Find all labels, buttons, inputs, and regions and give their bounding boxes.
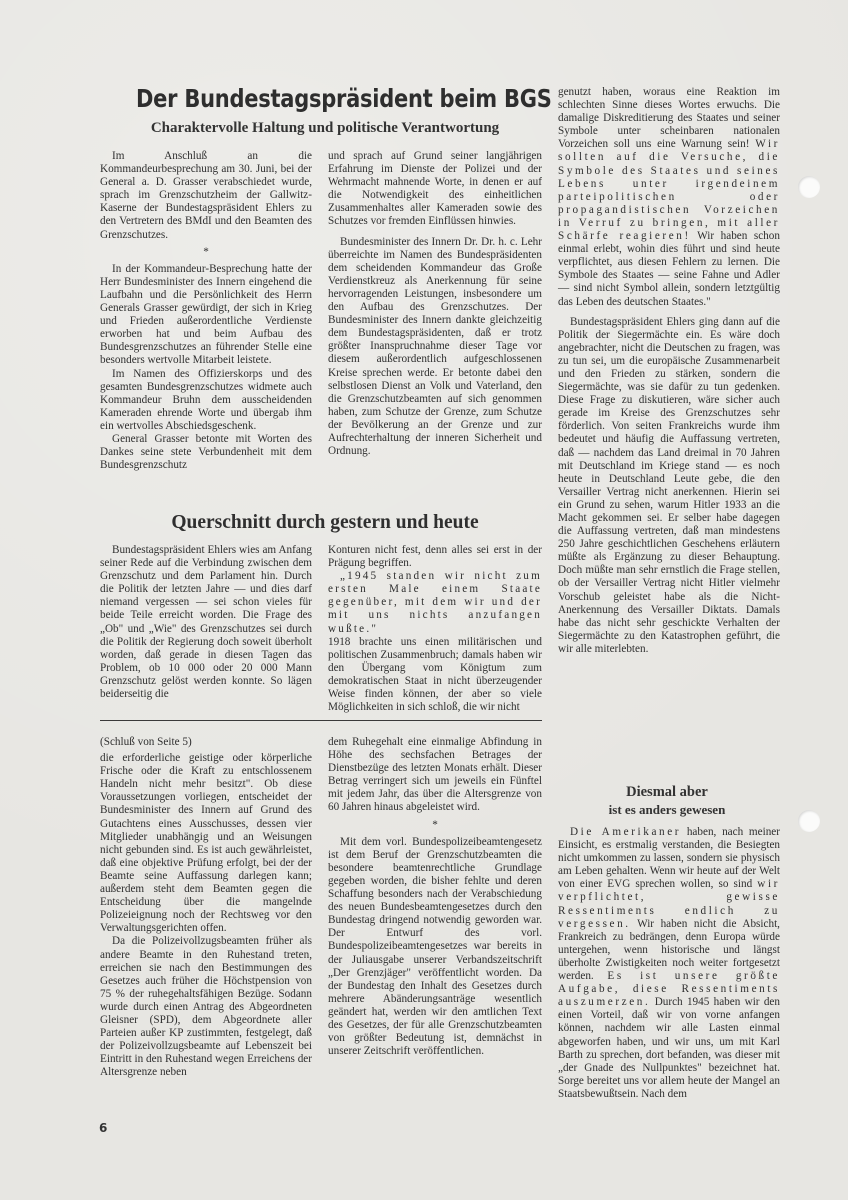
paragraph: dem Ruhegehalt eine einmalige Abfindung …: [328, 736, 542, 815]
article-title: Der Bundestagspräsident beim BGS: [136, 84, 514, 113]
paragraph: die erforderliche geistige oder körperli…: [100, 752, 312, 935]
paragraph: General Grasser betonte mit Worten des D…: [100, 433, 312, 472]
continuation-label: (Schluß von Seite 5): [100, 736, 312, 749]
paragraph: Mit dem vorl. Bundespolizeibeamtengesetz…: [328, 836, 542, 1059]
punch-hole: [798, 176, 820, 198]
paragraph: und sprach auf Grund seiner langjährigen…: [328, 150, 542, 229]
paragraph: Bundestagspräsident Ehlers ging dann auf…: [558, 316, 780, 656]
article2-column-2: Konturen nicht fest, denn alles sei erst…: [328, 544, 542, 714]
text: Durch 1945 haben wir den einen Vorteil, …: [558, 996, 780, 1100]
punch-hole: [798, 810, 820, 832]
right-column-continued: Die Amerikaner haben, nach meiner Einsic…: [558, 826, 780, 1101]
divider-rule: [100, 720, 542, 721]
paragraph: Da die Polizeivollzugsbeamten früher als…: [100, 935, 312, 1079]
separator-star: *: [100, 246, 312, 259]
paragraph: Im Namen des Offizierskorps und des gesa…: [100, 368, 312, 433]
article2-column-1: Bundestagspräsident Ehlers wies am Anfan…: [100, 544, 312, 701]
right-column: genutzt haben, woraus eine Reaktion im s…: [558, 86, 780, 656]
continuation-column-2: dem Ruhegehalt eine einmalige Abfindung …: [328, 736, 542, 1058]
subheading-line-2: ist es anders gewesen: [552, 802, 782, 818]
paragraph: Bundesminister des Innern Dr. Dr. h. c. …: [328, 236, 542, 459]
page-number: 6: [99, 1121, 107, 1135]
paragraph: 1918 brachte uns einen militärischen und…: [328, 636, 542, 715]
paragraph: Konturen nicht fest, denn alles sei erst…: [328, 544, 542, 570]
article-subtitle: Charaktervolle Haltung und politische Ve…: [100, 120, 550, 137]
emphasized-text: Wir sollten auf die Versuche, die Symbol…: [558, 138, 780, 242]
subheading-line-1: Diesmal aber: [552, 784, 782, 801]
text: genutzt haben, woraus eine Reaktion im s…: [558, 86, 780, 150]
article1-column-2: und sprach auf Grund seiner langjährigen…: [328, 150, 542, 458]
quote: „1945 standen wir nicht zum ersten Male …: [328, 570, 542, 635]
emphasized-text: Die Amerikaner: [570, 826, 681, 838]
continuation-column-1: (Schluß von Seite 5) die erforderliche g…: [100, 736, 312, 1079]
article1-column-1: Im Anschluß an die Kommandeurbesprechung…: [100, 150, 312, 472]
separator-star: *: [328, 819, 542, 832]
paragraph: In der Kommandeur-Besprechung hatte der …: [100, 263, 312, 368]
section-title: Querschnitt durch gestern und heute: [100, 512, 550, 534]
paragraph: genutzt haben, woraus eine Reaktion im s…: [558, 86, 780, 309]
paragraph: Die Amerikaner haben, nach meiner Einsic…: [558, 826, 780, 1101]
paragraph: Im Anschluß an die Kommandeurbesprechung…: [100, 150, 312, 242]
newspaper-page: Der Bundestagspräsident beim BGS Charakt…: [0, 0, 848, 1200]
paragraph: Bundestagspräsident Ehlers wies am Anfan…: [100, 544, 312, 701]
